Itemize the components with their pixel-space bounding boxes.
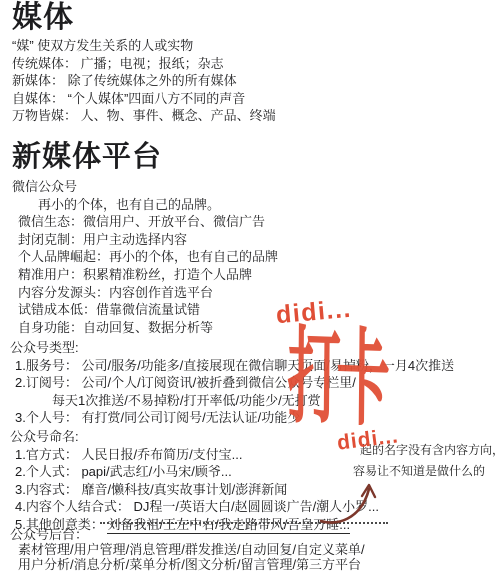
account-types-heading: 公众号类型:	[10, 339, 454, 357]
personal-account-line: 3.个人号： 有打赏/同公司订阅号/无法认证/功能少	[10, 409, 454, 427]
traditional-media-line: 传统媒体： 广播；电视；报纸；杂志	[12, 55, 276, 73]
slogan-line: 再小的个体，也有自己的品牌。	[12, 196, 278, 214]
naming-official-line: 1.官方式： 人民日报/乔布简历/支付宝...	[10, 446, 379, 464]
feature-ecosystem: 微信生态：微信用户、开放平台、微信广告	[12, 213, 278, 231]
media-title: 媒体	[12, 2, 276, 34]
self-media-line: 自媒体： “个人媒体”四面八方不同的声音	[12, 90, 276, 108]
media-section: 媒体 “媒” 使双方发生关系的人或实物 传统媒体： 广播；电视；报纸；杂志 新媒…	[12, 2, 276, 125]
platform-title: 新媒体平台	[12, 141, 278, 173]
backend-line-2: 用户分析/消息分析/菜单分析/图文分析/留言管理/第三方平台	[10, 558, 365, 571]
subscription-account-line: 2.订阅号： 公司/个人/订阅资讯/被折叠到微信公众号专栏里/	[10, 374, 454, 392]
everything-media-line: 万物皆媒： 人、物、事件、概念、产品、终端	[12, 107, 276, 125]
wechat-official-account-label: 微信公众号	[12, 178, 278, 196]
feature-distribution: 内容分发源头：内容创作首选平台	[12, 284, 278, 302]
feature-precise-users: 精准用户：积累精准粉丝，打造个人品牌	[12, 266, 278, 284]
backend-section: 公众号后台： 素材管理/用户管理/消息管理/群发推送/自动回复/自定义菜单/ 用…	[10, 526, 365, 571]
feature-personal-brand: 个人品牌崛起：再小的个体，也有自己的品牌	[12, 248, 278, 266]
backend-heading: 公众号后台：	[10, 526, 365, 543]
account-types-section: 公众号类型: 1.服务号： 公司/服务/功能多/直接展现在微信聊天页面/易掉粉，…	[10, 339, 454, 427]
feature-functions: 自身功能：自动回复、数据分析等	[12, 319, 278, 337]
backend-line-1: 素材管理/用户管理/消息管理/群发推送/自动回复/自定义菜单/	[10, 543, 365, 558]
daka-stamp-handwriting: 打卡	[287, 316, 386, 440]
service-account-line: 1.服务号： 公司/服务/功能多/直接展现在微信聊天页面/易掉粉，一月4次推送	[10, 357, 454, 375]
feature-closed: 封闭克制：用户主动选择内容	[12, 231, 278, 249]
subscription-account-cont-line: 每天1次推送/不易掉粉/打开率低/功能少/无打赏	[10, 392, 454, 410]
feature-low-cost: 试错成本低：借靠微信流量试错	[12, 301, 278, 319]
curved-arrow-icon	[318, 476, 380, 526]
new-media-line: 新媒体： 除了传统媒体之外的所有媒体	[12, 72, 276, 90]
media-definition: “媒” 使双方发生关系的人或实物	[12, 37, 276, 55]
platform-section: 新媒体平台 微信公众号 再小的个体，也有自己的品牌。 微信生态：微信用户、开放平…	[12, 141, 278, 336]
